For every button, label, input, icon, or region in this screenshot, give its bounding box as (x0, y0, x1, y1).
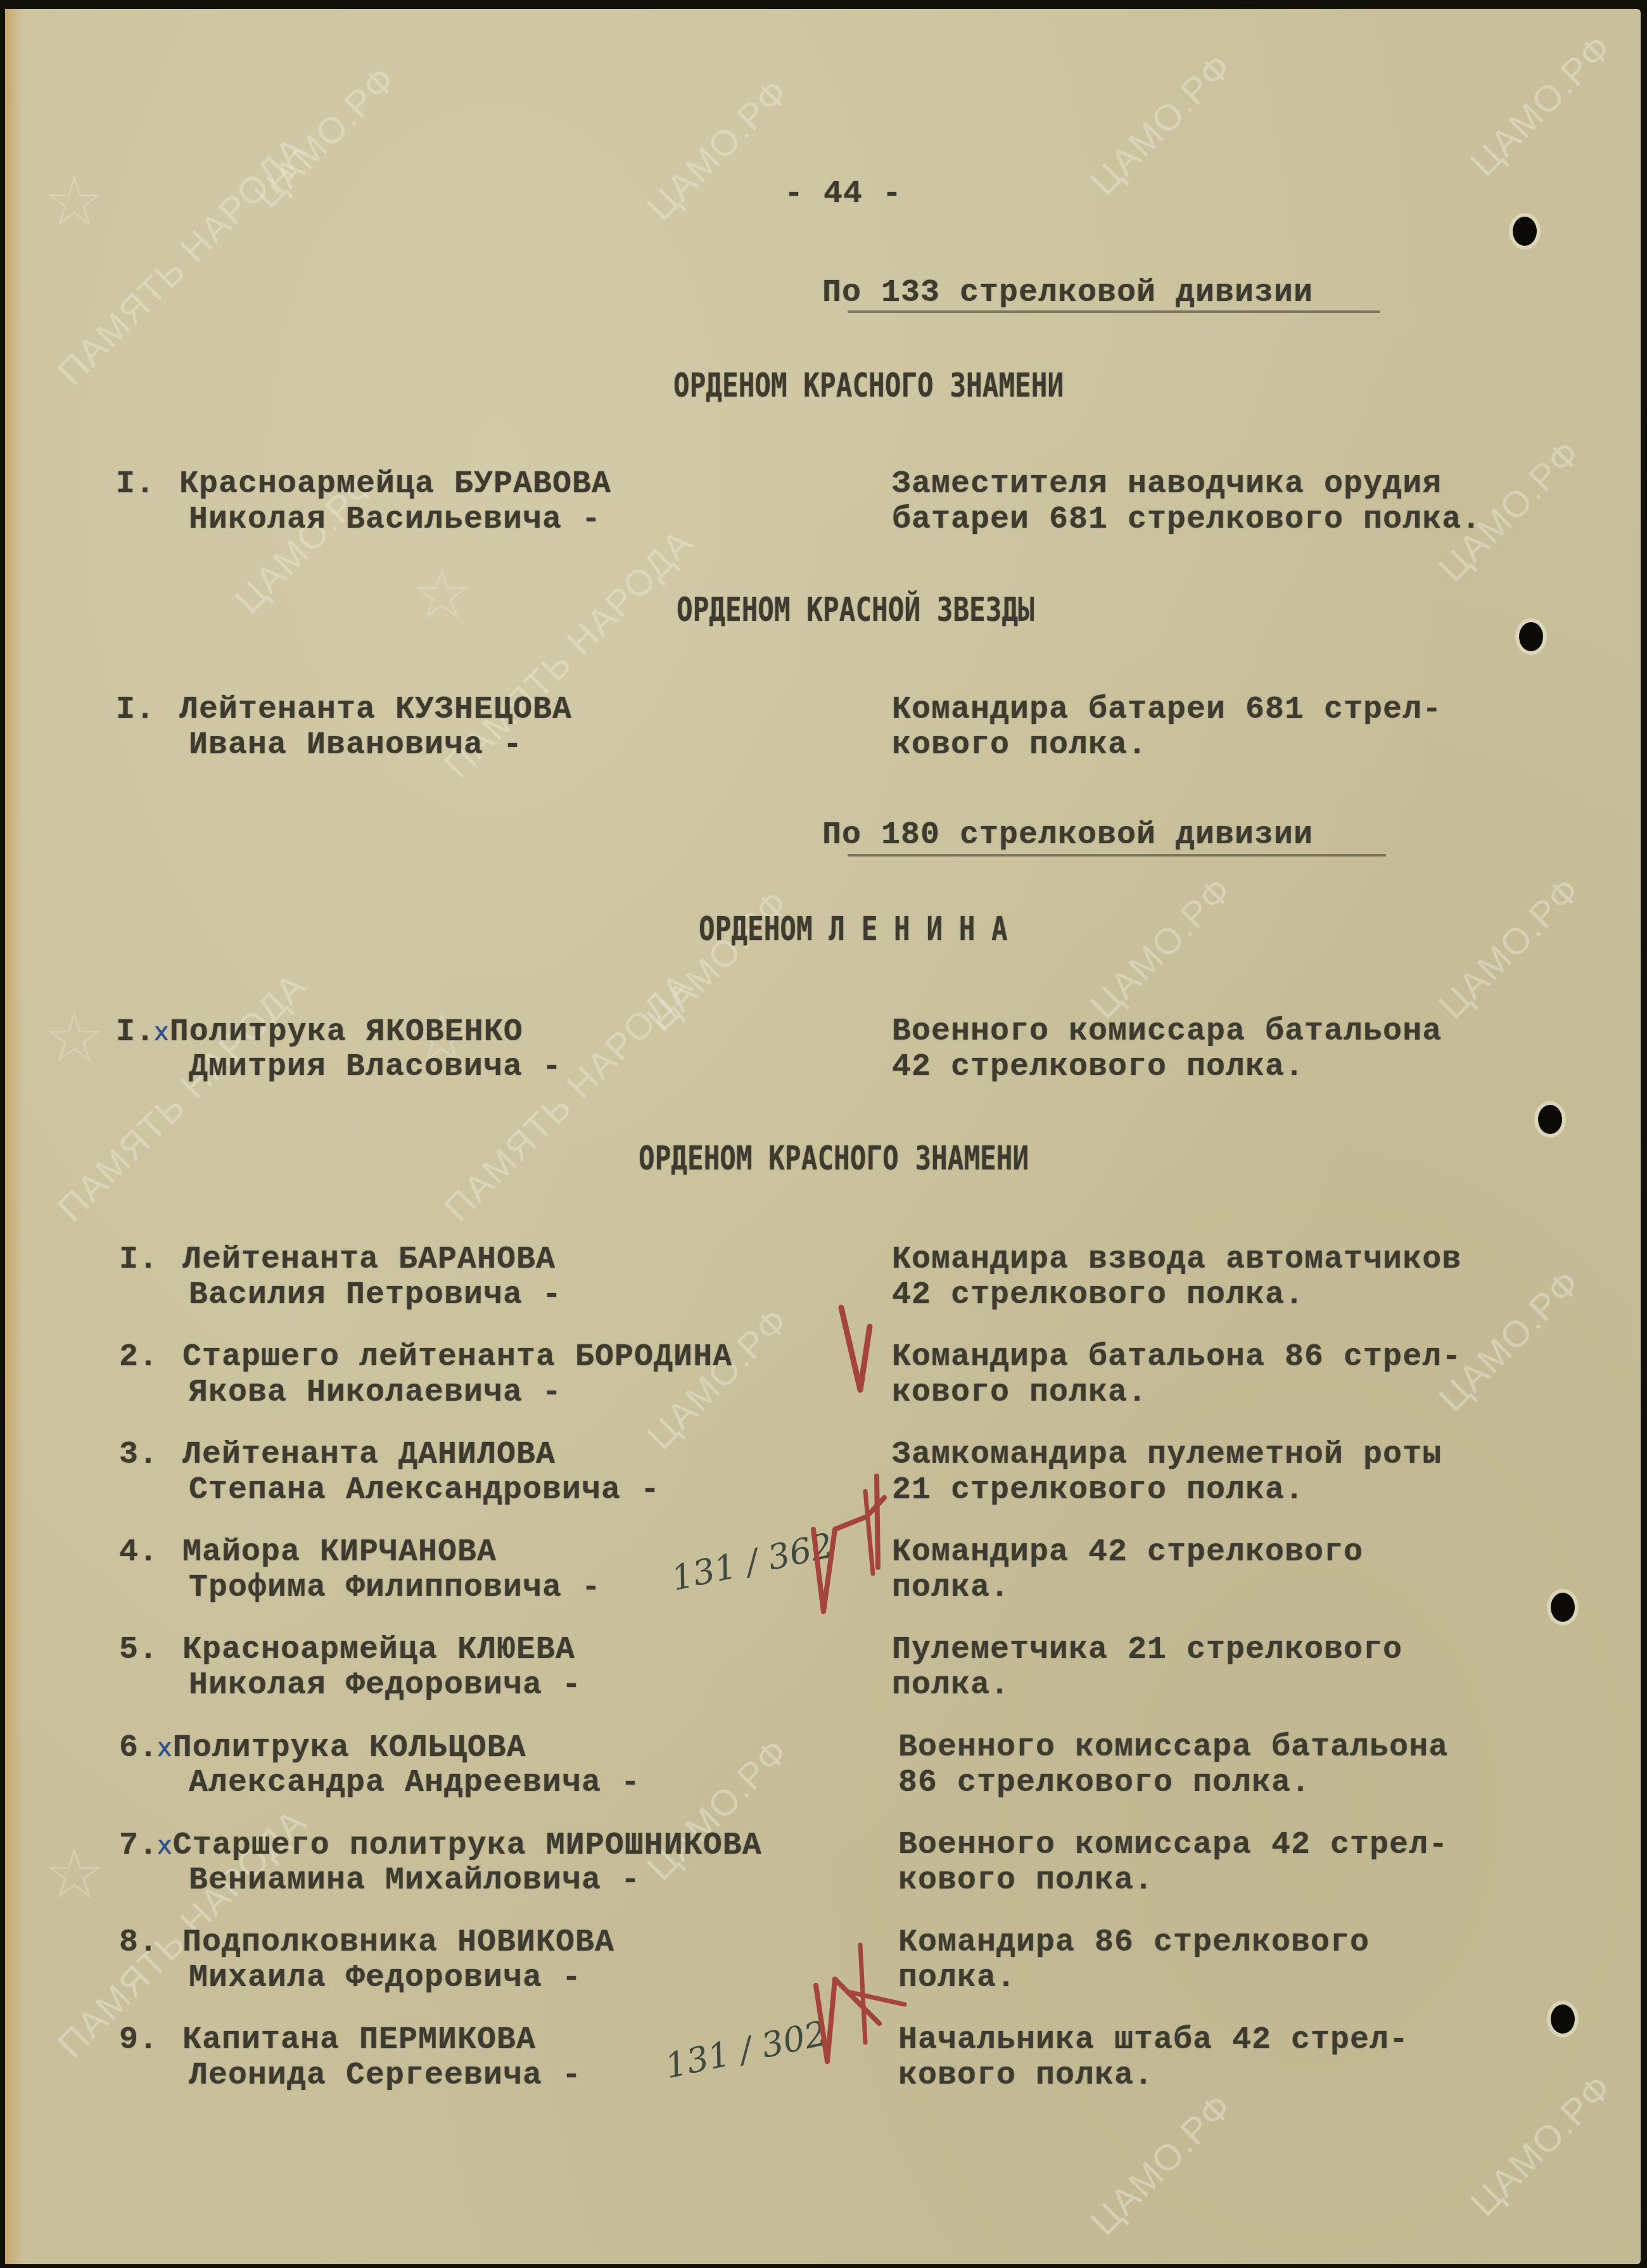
entry-position-line2: 42 стрелкового полка. (892, 1049, 1304, 1086)
watermark-pamyat-naroda: ПАМЯТЬ НАРОДА (436, 964, 701, 1230)
entry-name-line2: Вениамина Михайловича - (189, 1863, 640, 1899)
entry-name-line1: Капитана ПЕРМИКОВА (182, 2022, 536, 2058)
watermark-star-icon: ☆ (410, 554, 473, 635)
red-check-mark-icon (810, 1941, 924, 2068)
watermark-star-icon: ☆ (43, 161, 106, 242)
division-heading: По 133 стрелковой дивизии (822, 275, 1313, 312)
entry-position-line1: Военного комиссара батальона (892, 1014, 1442, 1050)
entry-position-line1: Командира 42 стрелкового (892, 1534, 1363, 1571)
watermark-star-icon: ☆ (43, 1833, 106, 1914)
entry-name-line2: Василия Петровича - (189, 1277, 562, 1314)
punch-hole (1538, 1105, 1562, 1134)
entry-position-line2: 42 стрелкового полка. (892, 1277, 1304, 1314)
red-check-mark-icon (810, 1472, 898, 1618)
entry-number: I. (119, 1242, 182, 1278)
watermark-camo: ЦАМО.РФ (639, 70, 798, 229)
entry-name-line2: Леонида Сергеевича - (189, 2058, 582, 2094)
entry-position-line1: Командира взвода автоматчиков (892, 1242, 1461, 1278)
entry-number: I. (116, 466, 179, 503)
watermark-camo: ЦАМО.РФ (639, 881, 798, 1040)
award-heading: ОРДЕНОМ Л Е Н И Н А (699, 911, 1008, 948)
entry-number: 5. (119, 1632, 182, 1669)
entry-number: 4. (119, 1534, 182, 1571)
watermark-camo: ЦАМО.РФ (639, 1730, 798, 1889)
watermark-camo: ЦАМО.РФ (1430, 869, 1589, 1028)
blue-x-mark-icon: x (154, 1017, 170, 1047)
entry-number: I. (116, 1014, 154, 1051)
entry-position-line1: Военного комиссара 42 стрел- (898, 1827, 1448, 1864)
entry-position-line1: Пулеметчика 21 стрелкового (892, 1632, 1402, 1669)
archival-document-page: ☆ ПАМЯТЬ НАРОДА ЦАМО.РФ ЦАМО.РФ ЦАМО.РФ … (5, 9, 1641, 2264)
entry-position-line2: кового полка. (898, 1863, 1154, 1899)
entry-name-line1: Старшего политрука МИРОШНИКОВА (173, 1828, 762, 1864)
entry-name-line2: Михаила Федоровича - (189, 1960, 582, 1997)
entry-name-line2: Дмитрия Власовича - (189, 1049, 562, 1086)
award-heading: ОРДЕНОМ КРАСНОЙ ЗВЕЗДЫ (677, 592, 1034, 628)
punch-hole (1551, 2004, 1575, 2034)
watermark-camo: ЦАМО.РФ (246, 58, 405, 217)
entry-position-line2: кового полка. (892, 727, 1147, 764)
entry-name-line2: Николая Васильевича - (189, 502, 601, 538)
blue-x-mark-icon: x (157, 1831, 173, 1860)
entry-position-line2: кового полка. (898, 2058, 1154, 2094)
entry-number: 3. (119, 1437, 182, 1474)
entry-number: 6. (119, 1730, 157, 1767)
watermark-camo: ЦАМО.РФ (1082, 2085, 1241, 2244)
entry-name-line1: Лейтенанта ДАНИЛОВА (182, 1437, 556, 1473)
entry-position-line2: полка. (892, 1570, 1010, 1607)
entry-name-line1: Старшего лейтенанта БОРОДИНА (182, 1339, 732, 1375)
entry-name-line1: Лейтенанта КУЗНЕЦОВА (179, 692, 572, 728)
entry-name-line1: Политрука КОЛЬЦОВА (173, 1730, 526, 1766)
entry-name-line1: Подполковника НОВИКОВА (182, 1925, 614, 1961)
award-heading: ОРДЕНОМ КРАСНОГО ЗНАМЕНИ (639, 1140, 1029, 1177)
entry-position-line1: Командира 86 стрелкового (898, 1925, 1370, 1961)
red-check-mark-icon (835, 1301, 892, 1396)
heading-underline (848, 310, 1380, 313)
entry-position-line2: 21 стрелкового полка. (892, 1472, 1304, 1509)
entry-name-line2: Николая Федоровича - (189, 1667, 582, 1704)
entry-name-line1: Лейтенанта БАРАНОВА (182, 1242, 556, 1278)
entry-name-line2: Александра Андреевича - (189, 1765, 640, 1802)
entry-name-line2: Якова Николаевича - (189, 1375, 562, 1411)
entry-name-line1: Политрука ЯКОВЕНКО (170, 1014, 523, 1050)
entry-position-line1: Заместителя наводчика орудия (892, 466, 1442, 503)
entry-name-line1: Майора КИРЧАНОВА (182, 1534, 497, 1570)
entry-position-line1: Командира батальона 86 стрел- (892, 1339, 1461, 1376)
entry-name-line1: Красноармейца КЛЮЕВА (182, 1632, 575, 1668)
watermark-camo: ЦАМО.РФ (1462, 26, 1621, 185)
watermark-camo: ЦАМО.РФ (1462, 2066, 1621, 2225)
entry-name-line2: Степана Александровича - (189, 1472, 660, 1509)
entry-number: 9. (119, 2022, 182, 2059)
entry-number: 8. (119, 1925, 182, 1961)
watermark-camo: ЦАМО.РФ (639, 1299, 798, 1458)
page-number: - 44 - (784, 176, 902, 213)
entry-position-line2: 86 стрелкового полка. (898, 1765, 1311, 1802)
watermark-star-icon: ☆ (43, 997, 106, 1078)
award-heading: ОРДЕНОМ КРАСНОГО ЗНАМЕНИ (673, 367, 1064, 404)
entry-position-line1: Военного комиссара батальона (898, 1730, 1448, 1766)
watermark-camo: ЦАМО.РФ (1082, 869, 1241, 1028)
handwritten-note: 131 / 302 (661, 2013, 830, 2086)
division-heading: По 180 стрелковой дивизии (822, 817, 1313, 854)
entry-position-line2: батареи 681 стрелкового полка. (892, 502, 1481, 538)
blue-x-mark-icon: x (157, 1733, 173, 1762)
entry-position-line2: кового полка. (892, 1375, 1147, 1411)
punch-hole (1513, 217, 1537, 246)
paper-edge (5, 9, 23, 2264)
entry-number: 2. (119, 1339, 182, 1376)
entry-name-line2: Ивана Ивановича - (189, 727, 523, 764)
entry-position-line1: Замкомандира пулеметной роты (892, 1437, 1442, 1474)
entry-name-line1: Красноармейца БУРАВОВА (179, 466, 611, 502)
entry-number: 7. (119, 1828, 157, 1864)
entry-position-line2: полка. (892, 1667, 1010, 1704)
watermark-camo: ЦАМО.РФ (1082, 45, 1241, 204)
punch-hole (1551, 1593, 1575, 1622)
entry-number: I. (116, 692, 179, 729)
entry-position-line1: Командира батареи 681 стрел- (892, 692, 1442, 729)
heading-underline (848, 854, 1386, 857)
punch-hole (1519, 622, 1543, 651)
entry-name-line2: Трофима Филипповича - (189, 1570, 601, 1607)
entry-position-line1: Начальника штаба 42 стрел- (898, 2022, 1409, 2059)
